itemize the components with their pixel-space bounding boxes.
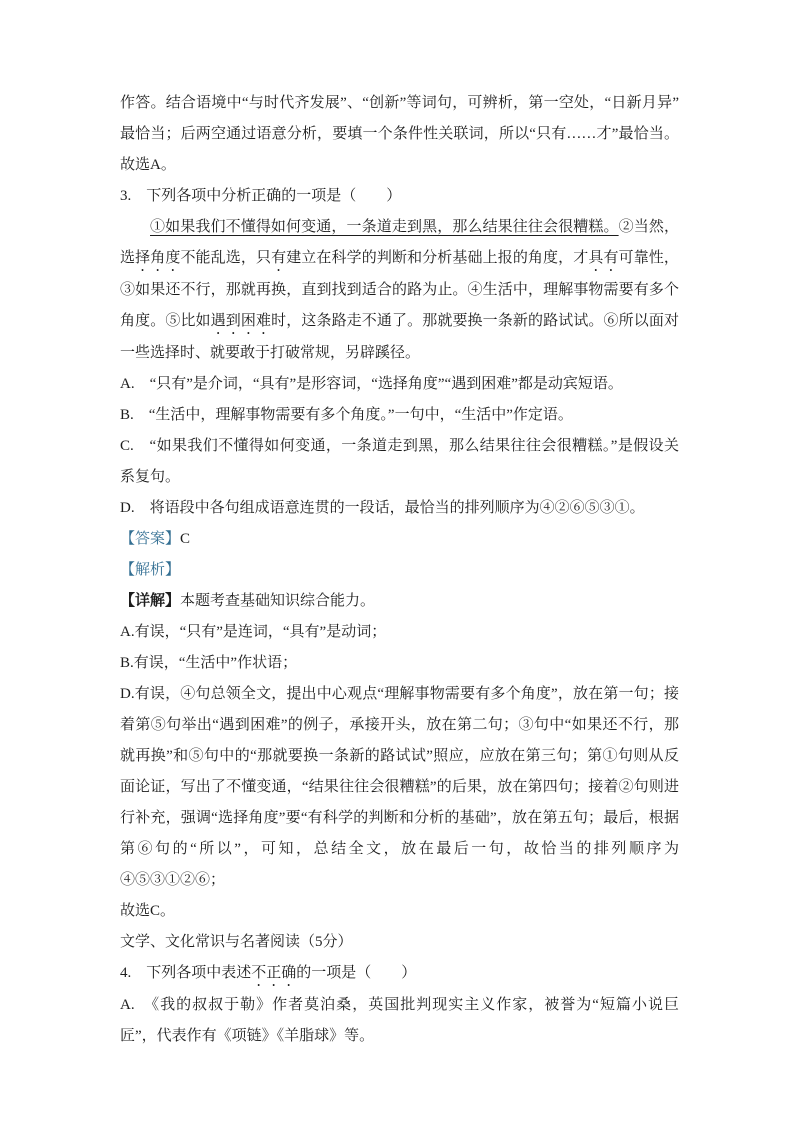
text-run: D. 将语段中各句组成语意连贯的一段话，最恰当的排列顺序为④②⑥⑤③①。 <box>120 500 645 516</box>
emphasis-dotted-text: 择角度 <box>135 250 180 266</box>
text-run: 4. 下列各项中表述 <box>120 965 251 981</box>
text-run: 故选C。 <box>120 903 175 919</box>
answer-label: 【解析】 <box>120 562 180 578</box>
emphasis-dotted-text: 具有 <box>588 250 618 266</box>
text-run: 本题考查基础知识综合能力。 <box>180 593 375 609</box>
text-run: B.有误，“生活中”作状语； <box>120 655 297 671</box>
emphasis-dotted-text: 有 <box>271 250 286 266</box>
text-run: 的一项是（ ） <box>296 965 416 981</box>
document-body: 作答。结合语境中“与时代齐发展”、“创新”等词句，可辨析，第一空处，“日新月异”… <box>120 88 679 1052</box>
question-4-stem: 4. 下列各项中表述不正确的一项是（ ） <box>120 958 679 990</box>
q4-option-a: A. 《我的叔叔于勒》作者莫泊桑，英国批判现实主义作家，被誉为“短篇小说巨匠”，… <box>120 990 679 1052</box>
detail-intro-line: 【详解】本题考查基础知识综合能力。 <box>120 586 679 617</box>
passage-paragraph: ①如果我们不懂得如何变通，一条道走到黑，那么结果往往会很糟糕。②当然，选择角度不… <box>120 212 679 369</box>
text-run: 3. 下列各项中分析正确的一项是（ ） <box>120 188 401 204</box>
text-run: A.有误，“只有”是连词，“具有”是动词； <box>120 624 386 640</box>
q3-option-c: C. “如果我们不懂得如何变通，一条道走到黑，那么结果往往会很糟糕。”是假设关系… <box>120 431 679 493</box>
text-run: 不能乱选，只 <box>180 250 271 266</box>
text-run: 作答。结合语境中“与时代齐发展”、“创新”等词句，可辨析，第一空处，“日新月异”… <box>120 95 679 173</box>
detail-option-d: D.有误，④句总领全文，提出中心观点“理解事物需要有多个角度”，放在第一句；接着… <box>120 679 679 896</box>
exam-answer-page: 作答。结合语境中“与时代齐发展”、“创新”等词句，可辨析，第一空处，“日新月异”… <box>0 0 793 1122</box>
q3-option-a: A. “只有”是介词，“具有”是形容词，“选择角度”“遇到困难”都是动宾短语。 <box>120 369 679 400</box>
underlined-sentence: ①如果我们不懂得如何变通，一条道走到黑，那么结果往往会很糟糕。 <box>150 219 619 235</box>
q3-option-b: B. “生活中，理解事物需要有多个角度。”一句中，“生活中”作定语。 <box>120 400 679 431</box>
text-run: B. “生活中，理解事物需要有多个角度。”一句中，“生活中”作定语。 <box>120 407 573 423</box>
analysis-label-line: 【解析】 <box>120 555 679 586</box>
detail-option-b: B.有误，“生活中”作状语； <box>120 648 679 679</box>
answer-line: 【答案】C <box>120 524 679 555</box>
text-run: A. 《我的叔叔于勒》作者莫泊桑，英国批判现实主义作家，被誉为“短篇小说巨匠”，… <box>120 997 679 1044</box>
text-run: 文学、文化常识与名著阅读（5分） <box>120 934 353 950</box>
answer-label: 【答案】 <box>120 531 180 547</box>
question-3-stem: 3. 下列各项中分析正确的一项是（ ） <box>120 181 679 212</box>
detail-option-a: A.有误，“只有”是连词，“具有”是动词； <box>120 617 679 648</box>
text-run: A. “只有”是介词，“具有”是形容词，“选择角度”“遇到困难”都是动宾短语。 <box>120 376 623 392</box>
emphasis-dotted-text: 不正确 <box>251 965 296 981</box>
text-run: 建立在科学的判断和分析基础上报的角度，才 <box>286 250 588 266</box>
explanation-q2: 作答。结合语境中“与时代齐发展”、“创新”等词句，可辨析，第一空处，“日新月异”… <box>120 88 679 181</box>
section-title: 文学、文化常识与名著阅读（5分） <box>120 927 679 958</box>
text-run: C <box>180 531 190 547</box>
q3-option-d: D. 将语段中各句组成语意连贯的一段话，最恰当的排列顺序为④②⑥⑤③①。 <box>120 493 679 524</box>
text-run: C. “如果我们不懂得如何变通，一条道走到黑，那么结果往往会很糟糕。”是假设关系… <box>120 438 679 485</box>
bold-label: 【详解】 <box>120 593 180 609</box>
conclusion-line: 故选C。 <box>120 896 679 927</box>
emphasis-dotted-text: 遇到困难 <box>211 313 271 329</box>
text-run: D.有误，④句总领全文，提出中心观点“理解事物需要有多个角度”，放在第一句；接着… <box>120 686 679 888</box>
